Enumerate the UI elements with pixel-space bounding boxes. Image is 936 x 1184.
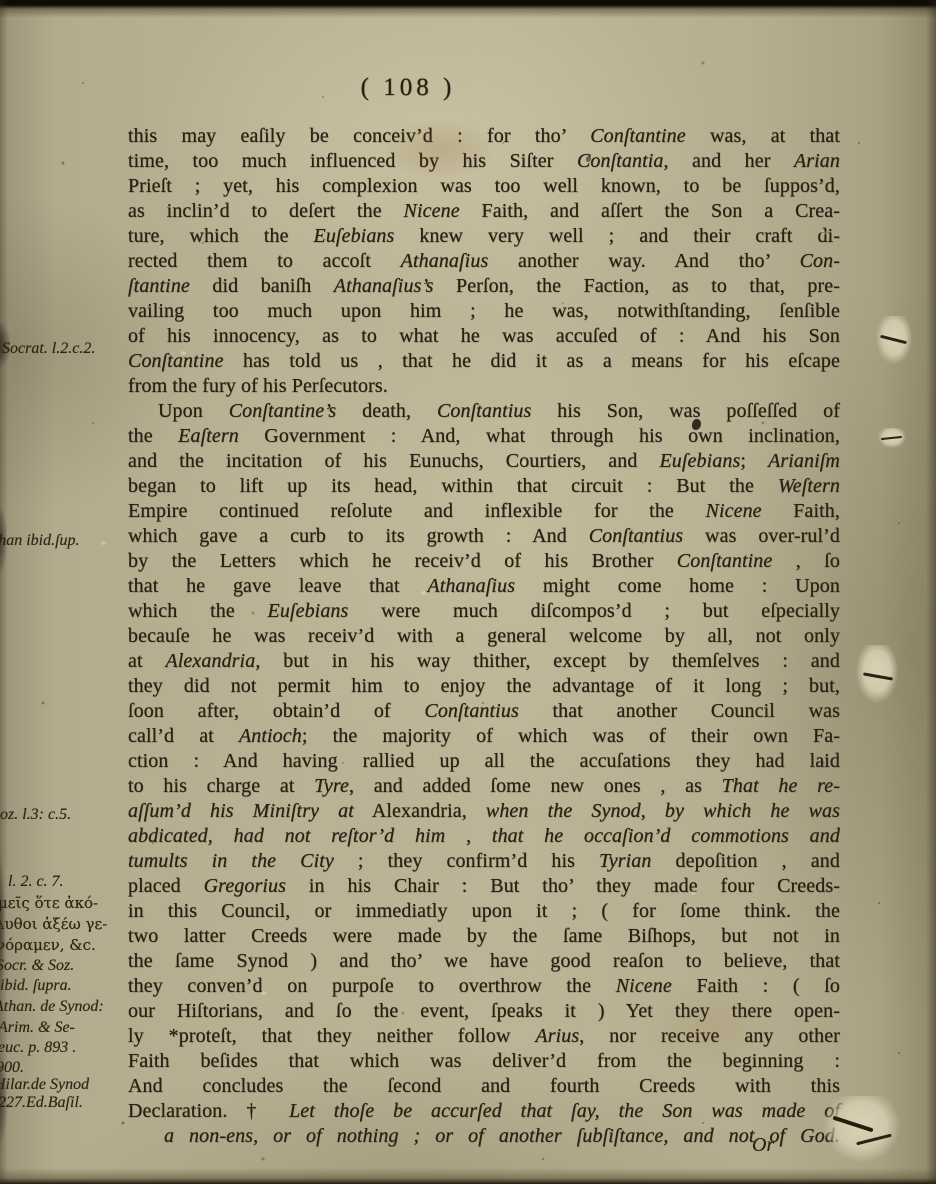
roman-text: placed (128, 875, 204, 897)
roman-text: Declaration. † (128, 1100, 289, 1122)
text-line: ture, which the Euſebians knew very well… (128, 224, 840, 249)
text-line: in this Council, or immediatly upon it ;… (128, 899, 840, 924)
roman-text: Faith, (762, 500, 840, 522)
margin-note: euc. p. 893 . (0, 1039, 76, 1057)
text-line: aſſum’d his Miniſtry at Alexandria, when… (128, 799, 840, 824)
text-line: the Eaſtern Government : And, what throu… (128, 424, 840, 449)
roman-text: was, at that (686, 125, 840, 147)
text-line: Conſtantine has told us , that he did it… (128, 349, 840, 374)
text-line: and the incitation of his Eunuchs, Court… (128, 449, 840, 474)
roman-text: of his innocency, as to what he was accu… (128, 325, 840, 347)
text-line: which the Euſebians were much diſcompos’… (128, 599, 840, 624)
roman-text: Empire continued reſolute and inflexible… (128, 500, 706, 522)
roman-text: which gave a curb to its growth : And (128, 525, 589, 547)
margin-note: Arim. & Se- (0, 1019, 75, 1037)
italic-text: Conſtantine’s (229, 400, 337, 422)
italic-text: abdicated, had not reſtor’d him , that h… (128, 825, 840, 847)
italic-text: Conſtantius (589, 525, 683, 547)
roman-text: knew very well ; and their craft di- (394, 225, 840, 247)
roman-text: Alexandria, (354, 800, 486, 822)
text-line: ſoon after, obtain’d of Conſtantius that… (128, 699, 840, 724)
margin-note: 1227.Ed.Baſil. (0, 1094, 83, 1112)
roman-text: becauſe he was receiv’d with a general w… (128, 625, 840, 647)
italic-text: tumults in the City (128, 850, 334, 872)
roman-text: depoſition , and (652, 850, 840, 872)
text-line: that he gave leave that Athanaſius might… (128, 574, 840, 599)
margin-note: Hilar.de Synod (0, 1076, 89, 1094)
book-page: ( 108 ) Socrat. l.2.c.2.Athan ibid.ſup.S… (0, 0, 936, 1184)
paper-stain (640, 980, 780, 1070)
roman-text: , but in his way thither, except by them… (255, 650, 840, 672)
italic-text: Let thoſe be accurſed that ſay, the Son … (289, 1100, 840, 1122)
italic-text: a non-ens, or of nothing ; or of another… (164, 1125, 840, 1147)
italic-text: Alexandria (165, 650, 255, 672)
text-line: began to lift up its head, within that c… (128, 474, 840, 499)
text-line: a non-ens, or of nothing ; or of another… (128, 1124, 840, 1149)
page-bottom-edge (0, 1168, 936, 1184)
margin-note: Soz. l.3: c.5. (0, 806, 71, 824)
roman-text: in this Council, or immediatly upon it ;… (128, 900, 840, 922)
italic-text: Euſebians (659, 450, 740, 472)
text-line: Upon Conſtantine’s death, Conſtantius hi… (128, 399, 840, 424)
roman-text: as inclin’d to deſert the (128, 200, 404, 222)
text-line: call’d at Antioch; the majority of which… (128, 724, 840, 749)
roman-text: And concludes the ſecond and fourth Cree… (128, 1075, 840, 1097)
italic-text: Euſebians (268, 600, 349, 622)
text-line: And concludes the ſecond and fourth Cree… (128, 1074, 840, 1099)
margin-note: μεῖς ὅτε ἀκό- (0, 894, 98, 912)
roman-text: did baniſh (190, 275, 334, 297)
text-line: vailing too much upon him ; he was, notw… (128, 299, 840, 324)
margin-note: λυθοι ἀξέω γε- (0, 915, 107, 933)
text-line: Empire continued reſolute and inflexible… (128, 499, 840, 524)
roman-text: they did not permit him to enjoy the adv… (128, 675, 840, 697)
italic-text: Nicene (404, 200, 460, 222)
roman-text: , ſo (772, 550, 840, 572)
text-line: of his innocency, as to what he was accu… (128, 324, 840, 349)
text-line: two latter Creeds were made by the ſame … (128, 924, 840, 949)
roman-text: were much diſcompos’d ; but eſpecially (348, 600, 840, 622)
roman-text: ; (740, 450, 768, 472)
roman-text: to his charge at (128, 775, 314, 797)
roman-text: vailing too much upon him ; he was, notw… (128, 300, 840, 322)
text-line: ſtantine did baniſh Athanaſius’s Perſon,… (128, 274, 840, 299)
roman-text: from the fury of his Perſecutors. (128, 375, 388, 397)
roman-text: two latter Creeds were made by the ſame … (128, 925, 840, 947)
italic-text: Conſtantius (424, 700, 518, 722)
italic-text: Arian (794, 150, 840, 172)
paper-tear (876, 316, 912, 364)
italic-text: Conſtantine (128, 350, 224, 372)
roman-text: by the Letters which he receiv’d of his … (128, 550, 677, 572)
margin-notes-column: Socrat. l.2.c.2.Athan ibid.ſup.Soz. l.3:… (0, 0, 128, 1184)
italic-text: when the Synod, by which he was (486, 800, 840, 822)
italic-text: Athanaſius’s (334, 275, 434, 297)
text-line: by the Letters which he receiv’d of his … (128, 549, 840, 574)
italic-text: Athanaſius (427, 575, 515, 597)
italic-text: Tyrian (599, 850, 651, 872)
italic-text: Eaſtern (178, 425, 239, 447)
roman-text: began to lift up its head, within that c… (128, 475, 778, 497)
roman-text: ly *proteſt, that they neither follow (128, 1025, 535, 1047)
text-line: placed Gregorius in his Chair : But tho’… (128, 874, 840, 899)
italic-text: Nicene (706, 500, 762, 522)
text-line: tumults in the City ; they confirm’d his… (128, 849, 840, 874)
page-left-edge (0, 0, 8, 1184)
roman-text: that another Council was (519, 700, 840, 722)
italic-text: Conſtantius (437, 400, 531, 422)
roman-text: Perſon, the Faction, as to that, pre- (434, 275, 840, 297)
margin-note: Athan ibid.ſup. (0, 532, 80, 550)
italic-text: Athanaſius (401, 250, 489, 272)
roman-text: this may eaſily be conceiv’d : for tho’ (128, 125, 590, 147)
text-line: the ſame Synod ) and tho’ we have good r… (128, 949, 840, 974)
catchword: Or (752, 1134, 774, 1157)
roman-text: has told us , that he did it as a means … (224, 350, 840, 372)
italic-text: Arianiſm (768, 450, 840, 472)
roman-text: death, (336, 400, 437, 422)
italic-text: aſſum’d his Miniſtry at (128, 800, 354, 822)
roman-text: was over-rul’d (683, 525, 840, 547)
roman-text: Government : And, what through his own i… (239, 425, 840, 447)
margin-note: Athan. de Synod: (0, 998, 104, 1016)
roman-text: and the incitation of his Eunuchs, Court… (128, 450, 659, 472)
roman-text: his Son, was poſſeſſed of (531, 400, 840, 422)
italic-text: Tyre (314, 775, 349, 797)
italic-text: Con- (800, 250, 840, 272)
roman-text: another way. And tho’ (488, 250, 799, 272)
roman-text: ; the majority of which was of their own… (302, 725, 840, 747)
italic-text: Conſtantine (590, 125, 686, 147)
page-number: ( 108 ) (338, 74, 478, 102)
roman-text: , and her (664, 150, 794, 172)
paper-tear (878, 428, 906, 448)
margin-note: Socrat. l.2.c.2. (2, 340, 95, 358)
text-line: abdicated, had not reſtor’d him , that h… (128, 824, 840, 849)
text-line: rected them to accoſt Athanaſius another… (128, 249, 840, 274)
roman-text: ture, which the (128, 225, 314, 247)
roman-text: call’d at (128, 725, 239, 747)
roman-text: Faith, and aſſert the Son a Crea- (460, 200, 840, 222)
margin-note: Socr. & Soz. (0, 957, 74, 975)
roman-text: in his Chair : But tho’ they made four C… (286, 875, 840, 897)
italic-text: That he re- (722, 775, 840, 797)
italic-text: Gregorius (204, 875, 286, 897)
text-line: from the fury of his Perſecutors. (128, 374, 840, 399)
roman-text: rected them to accoſt (128, 250, 401, 272)
roman-text: at (128, 650, 165, 672)
text-line: they did not permit him to enjoy the adv… (128, 674, 840, 699)
roman-text: they conven’d on purpoſe to overthrow th… (128, 975, 616, 997)
paper-stain (378, 118, 498, 180)
page-top-edge (0, 0, 936, 18)
roman-text: ſoon after, obtain’d of (128, 700, 424, 722)
italic-text: Weſtern (778, 475, 840, 497)
paper-tear (824, 1096, 900, 1162)
roman-text: ; they confirm’d his (334, 850, 599, 872)
italic-text: ſtantine (128, 275, 190, 297)
roman-text: might come home : Upon (515, 575, 840, 597)
roman-text: time, too much influenced by his Siſter (128, 150, 577, 172)
text-line: at Alexandria, but in his way thither, e… (128, 649, 840, 674)
roman-text: Upon (158, 400, 229, 422)
italic-text: Antioch (239, 725, 302, 747)
roman-text: which the (128, 600, 268, 622)
text-line: to his charge at Tyre, and added ſome ne… (128, 774, 840, 799)
roman-text: , and added ſome new ones , as (349, 775, 722, 797)
roman-text: the (128, 425, 178, 447)
margin-note: ibid. ſupra. (0, 977, 72, 995)
text-line: as inclin’d to deſert the Nicene Faith, … (128, 199, 840, 224)
roman-text: the ſame Synod ) and tho’ we have good r… (128, 950, 840, 972)
text-line: becauſe he was receiv’d with a general w… (128, 624, 840, 649)
page-right-edge (926, 0, 936, 1184)
text-line: ction : And having rallied up all the ac… (128, 749, 840, 774)
italic-text: Arius (535, 1025, 579, 1047)
text-line: which gave a curb to its growth : And Co… (128, 524, 840, 549)
paper-tear (856, 645, 898, 703)
margin-note: l. 2. c. 7. (8, 873, 64, 891)
italic-text: Conſtantine (677, 550, 773, 572)
margin-note: νόραμεν, &c. (0, 936, 96, 954)
text-line: Declaration. † Let thoſe be accurſed tha… (128, 1099, 840, 1124)
italic-text: Euſebians (314, 225, 395, 247)
roman-text: ction : And having rallied up all the ac… (128, 750, 840, 772)
roman-text: that he gave leave that (128, 575, 427, 597)
